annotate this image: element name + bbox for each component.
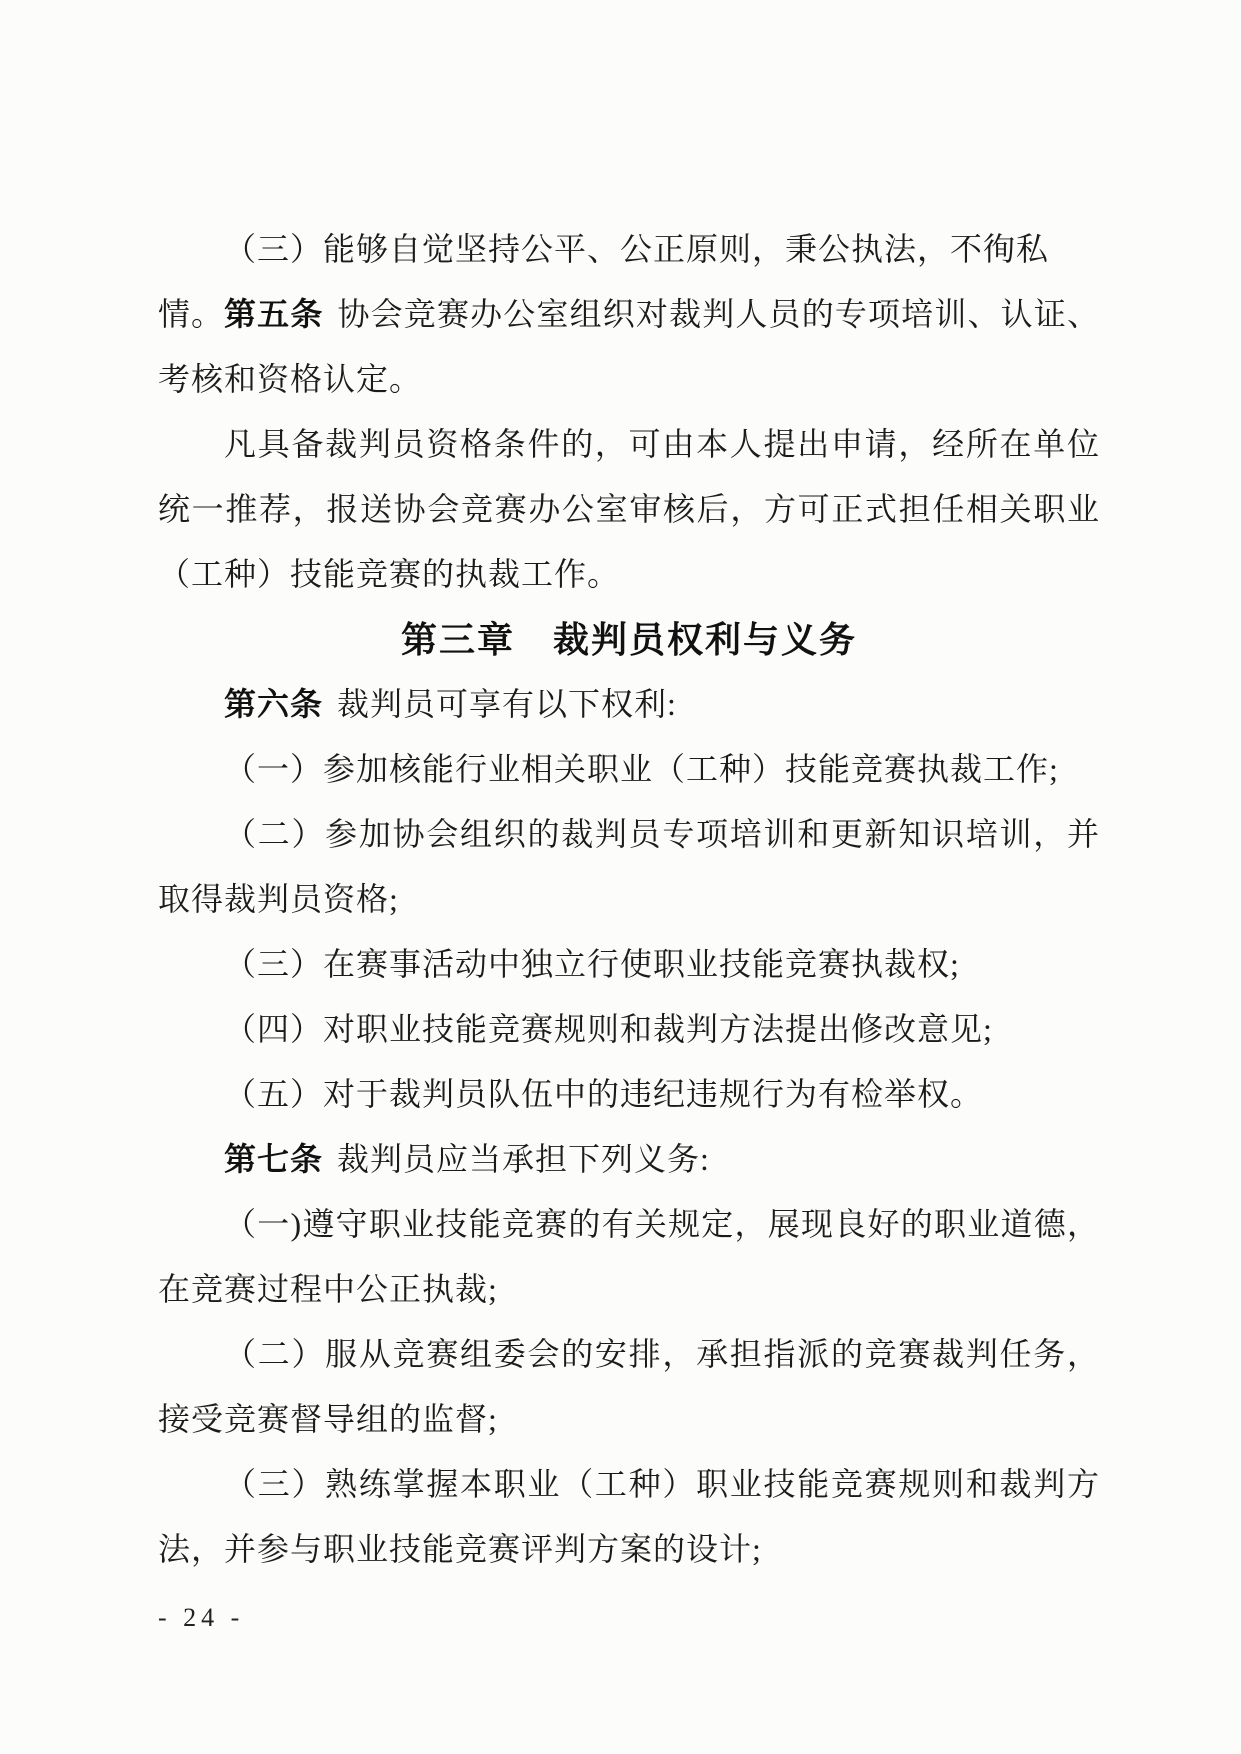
text-line: 第六条裁判员可享有以下权利: [158, 672, 1100, 737]
text-line: 凡具备裁判员资格条件的，可由本人提出申请，经所在单位 [158, 412, 1100, 477]
article-number-label: 第六条 [224, 686, 323, 722]
text-line: 取得裁判员资格; [158, 867, 1100, 932]
line-text: 协会竞赛办公室组织对裁判人员的专项培训、认证、 [337, 296, 1100, 332]
text-line: 第五条协会竞赛办公室组织对裁判人员的专项培训、认证、 [158, 282, 1100, 347]
text-line: （五）对于裁判员队伍中的违纪违规行为有检举权。 [158, 1062, 1100, 1127]
document-page: （三）能够自觉坚持公平、公正原则，秉公执法，不徇私情。第五条协会竞赛办公室组织对… [0, 0, 1241, 1754]
text-line: 在竞赛过程中公正执裁; [158, 1257, 1100, 1322]
line-text: 裁判员可享有以下权利: [337, 686, 677, 722]
page-number: - 24 - [158, 1603, 244, 1633]
text-line: 统一推荐，报送协会竞赛办公室审核后，方可正式担任相关职业 [158, 477, 1100, 542]
text-line: （一)遵守职业技能竞赛的有关规定，展现良好的职业道德， [158, 1192, 1100, 1257]
chapter-heading: 第三章 裁判员权利与义务 [158, 607, 1100, 672]
text-line: 第七条裁判员应当承担下列义务: [158, 1127, 1100, 1192]
text-line: （三）熟练掌握本职业（工种）职业技能竞赛规则和裁判方 [158, 1452, 1100, 1517]
article-number-label: 第五条 [224, 296, 323, 332]
text-line: （二）服从竞赛组委会的安排，承担指派的竞赛裁判任务， [158, 1322, 1100, 1387]
text-line: 法，并参与职业技能竞赛评判方案的设计; [158, 1517, 1100, 1582]
text-line: （工种）技能竞赛的执裁工作。 [158, 542, 1100, 607]
text-line: （三）能够自觉坚持公平、公正原则，秉公执法，不徇私情。 [158, 217, 1100, 282]
text-line: （一）参加核能行业相关职业（工种）技能竞赛执裁工作; [158, 737, 1100, 802]
document-body: （三）能够自觉坚持公平、公正原则，秉公执法，不徇私情。第五条协会竞赛办公室组织对… [158, 217, 1100, 1582]
text-line: 考核和资格认定。 [158, 347, 1100, 412]
article-number-label: 第七条 [224, 1141, 323, 1177]
text-line: （二）参加协会组织的裁判员专项培训和更新知识培训，并 [158, 802, 1100, 867]
text-line: 接受竞赛督导组的监督; [158, 1387, 1100, 1452]
line-text: 裁判员应当承担下列义务: [337, 1141, 710, 1177]
text-line: （四）对职业技能竞赛规则和裁判方法提出修改意见; [158, 997, 1100, 1062]
text-line: （三）在赛事活动中独立行使职业技能竞赛执裁权; [158, 932, 1100, 997]
